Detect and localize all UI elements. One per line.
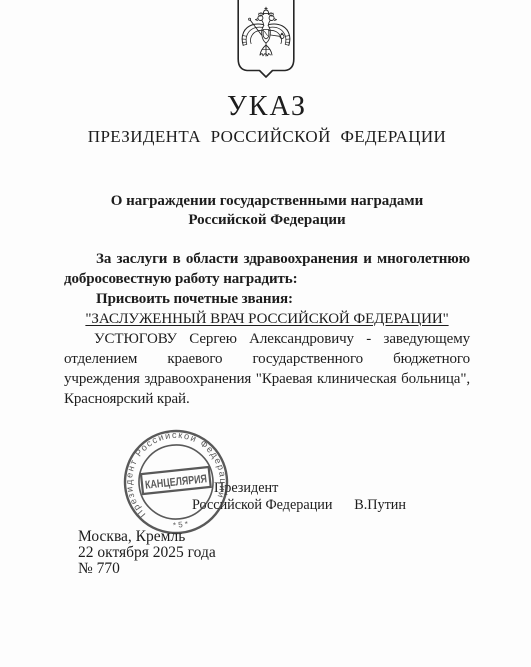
- subject-line-1: О награждении государственными наградами: [64, 192, 470, 211]
- subject-line-2: Российской Федерации: [64, 211, 470, 230]
- issuance-place: Москва, Кремль: [78, 529, 216, 545]
- issuance-date: 22 октября 2025 года: [78, 545, 216, 561]
- stamp-ring-text: Президент Российской Федерации: [121, 427, 231, 521]
- decree-number: № 770: [78, 561, 216, 577]
- decree-title: УКАЗ: [64, 91, 470, 123]
- russian-coat-of-arms-icon: [237, 0, 295, 78]
- merit-paragraph: За заслуги в области здравоохранения и м…: [64, 249, 470, 289]
- signature-name: В.Путин: [354, 497, 406, 514]
- coat-of-arms: [237, 0, 295, 78]
- decree-subject: О награждении государственными наградами…: [64, 192, 470, 229]
- svg-text:Президент Российской Федерации: Президент Российской Федерации: [121, 427, 231, 521]
- honorary-title: "ЗАСЛУЖЕННЫЙ ВРАЧ РОССИЙСКОЙ ФЕДЕРАЦИИ": [64, 309, 470, 329]
- round-stamp-icon: Президент Российской Федерации КАНЦЕЛЯРИ…: [121, 427, 231, 537]
- chancellery-stamp: Президент Российской Федерации КАНЦЕЛЯРИ…: [121, 427, 231, 537]
- issuance-block: Москва, Кремль 22 октября 2025 года № 77…: [78, 529, 216, 577]
- decree-body: За заслуги в области здравоохранения и м…: [64, 249, 470, 409]
- confer-paragraph: Присвоить почетные звания:: [64, 289, 470, 309]
- decree-subtitle: ПРЕЗИДЕНТА РОССИЙСКОЙ ФЕДЕРАЦИИ: [64, 127, 470, 147]
- decree-document: УКАЗ ПРЕЗИДЕНТА РОССИЙСКОЙ ФЕДЕРАЦИИ О н…: [0, 0, 531, 667]
- awardee-paragraph: УСТЮГОВУ Сергею Александровичу - заведую…: [64, 329, 470, 409]
